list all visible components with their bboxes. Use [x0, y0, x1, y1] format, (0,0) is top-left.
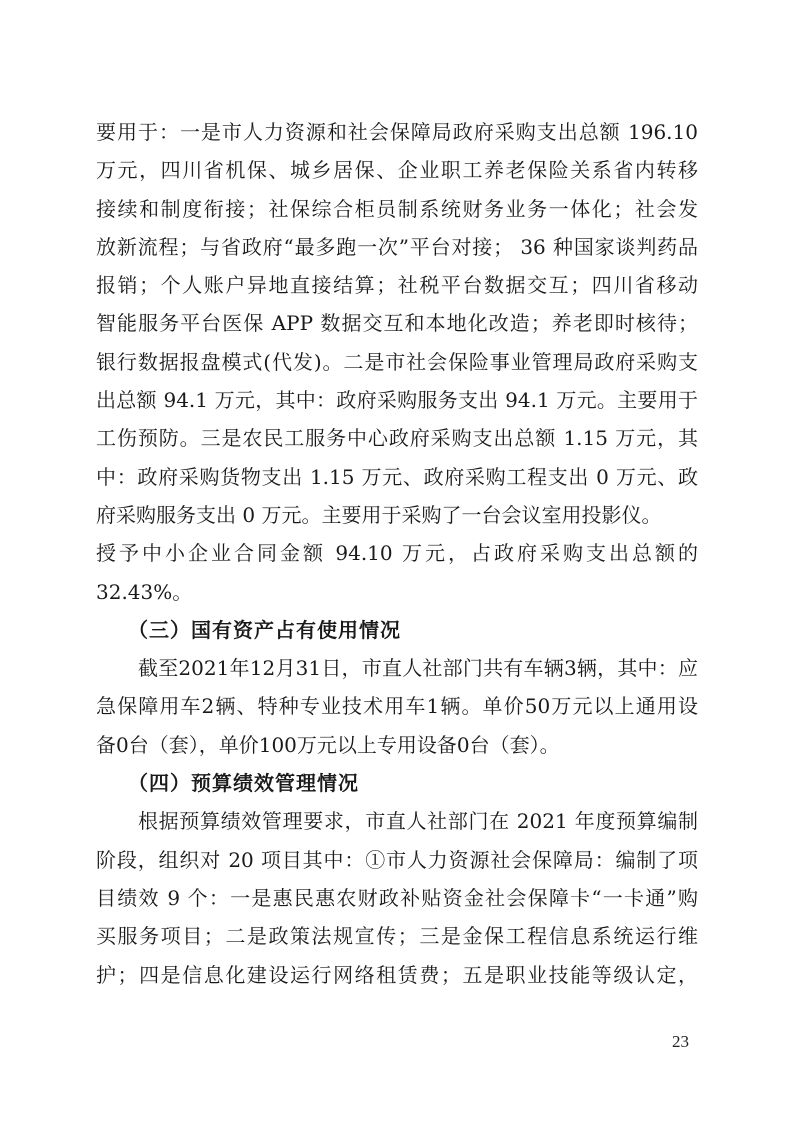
paragraph-line: 银行数据报盘模式(代发)。二是市社会保险事业管理局政府采购支 [96, 343, 698, 381]
paragraph-line: 出总额 94.1 万元，其中：政府采购服务支出 94.1 万元。主要用于 [96, 381, 698, 419]
paragraph-line: 智能服务平台医保 APP 数据交互和本地化改造；养老即时核待； [96, 304, 698, 342]
paragraph-line: 根据预算绩效管理要求，市直人社部门在 2021 年度预算编制 [96, 802, 698, 840]
page-number: 23 [672, 1032, 689, 1052]
document-page: 要用于：一是市人力资源和社会保障局政府采购支出总额 196.10 万元，四川省机… [0, 0, 793, 1122]
paragraph-line: 工伤预防。三是农民工服务中心政府采购支出总额 1.15 万元，其 [96, 419, 698, 457]
paragraph-line: 万元，四川省机保、城乡居保、企业职工养老保险关系省内转移 [96, 151, 698, 189]
paragraph-line: 急保障用车2辆、特种专业技术用车1辆。单价50万元以上通用设 [96, 687, 698, 725]
section-heading-budget-performance: （四）预算绩效管理情况 [96, 764, 698, 802]
paragraph-line: 中：政府采购货物支出 1.15 万元、政府采购工程支出 0 万元、政 [96, 458, 698, 496]
paragraph-line: 授予中小企业合同金额 94.10 万元，占政府采购支出总额的 [96, 534, 698, 572]
paragraph-line: 32.43%。 [96, 573, 698, 611]
paragraph-line: 买服务项目；二是政策法规宣传；三是金保工程信息系统运行维 [96, 917, 698, 955]
paragraph-line: 阶段，组织对 20 项目其中：①市人力资源社会保障局：编制了项 [96, 841, 698, 879]
paragraph-line: 备0台（套），单价100万元以上专用设备0台（套）。 [96, 726, 698, 764]
paragraph-line: 报销；个人账户异地直接结算；社税平台数据交互；四川省移动 [96, 266, 698, 304]
section-heading-state-assets: （三）国有资产占有使用情况 [96, 611, 698, 649]
paragraph-line: 截至2021年12月31日，市直人社部门共有车辆3辆，其中：应 [96, 649, 698, 687]
paragraph-line: 目绩效 9 个：一是惠民惠农财政补贴资金社会保障卡“一卡通”购 [96, 879, 698, 917]
paragraph-line: 府采购服务支出 0 万元。主要用于采购了一台会议室用投影仪。 [96, 496, 698, 534]
paragraph-line: 要用于：一是市人力资源和社会保障局政府采购支出总额 196.10 [96, 113, 698, 151]
paragraph-line: 护；四是信息化建设运行网络租赁费；五是职业技能等级认定， [96, 956, 698, 994]
paragraph-line: 放新流程；与省政府“最多跑一次”平台对接； 36 种国家谈判药品 [96, 228, 698, 266]
paragraph-line: 接续和制度衔接；社保综合柜员制系统财务业务一体化；社会发 [96, 190, 698, 228]
document-body: 要用于：一是市人力资源和社会保障局政府采购支出总额 196.10 万元，四川省机… [96, 113, 698, 994]
